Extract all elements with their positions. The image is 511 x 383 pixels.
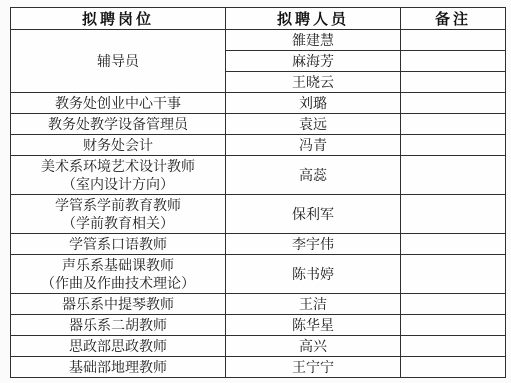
- position-cell: 器乐系二胡教师: [11, 315, 226, 336]
- person-cell: 保利军: [226, 195, 401, 234]
- position-cell: 教务处创业中心干事: [11, 93, 226, 114]
- table-row: 美术系环境艺术设计教师 （室内设计方向） 高蕊: [11, 156, 506, 195]
- table-row: 教务处创业中心干事 刘璐: [11, 93, 506, 114]
- remark-cell: [401, 135, 506, 156]
- remark-cell: [401, 51, 506, 72]
- person-cell: 高兴: [226, 336, 401, 357]
- position-cell: 声乐系基础课教师 （作曲及作曲技术理论）: [11, 255, 226, 294]
- position-cell: 学管系学前教育教师 （学前教育相关）: [11, 195, 226, 234]
- column-header-position: 拟聘岗位: [11, 8, 226, 30]
- table-row: 学管系口语教师 李宇伟: [11, 234, 506, 255]
- table-row: 思政部思政教师 高兴: [11, 336, 506, 357]
- column-header-person: 拟聘人员: [226, 8, 401, 30]
- position-cell: 学管系口语教师: [11, 234, 226, 255]
- person-cell: 雒建慧: [226, 30, 401, 51]
- position-cell: 器乐系中提琴教师: [11, 294, 226, 315]
- remark-cell: [401, 114, 506, 135]
- remark-cell: [401, 294, 506, 315]
- person-cell: 陈书婷: [226, 255, 401, 294]
- remark-cell: [401, 156, 506, 195]
- remark-cell: [401, 195, 506, 234]
- remark-cell: [401, 357, 506, 378]
- table-row: 教务处教学设备管理员 袁远: [11, 114, 506, 135]
- person-cell: 高蕊: [226, 156, 401, 195]
- remark-cell: [401, 93, 506, 114]
- column-header-remark: 备注: [401, 8, 506, 30]
- table-row: 财务处会计 冯青: [11, 135, 506, 156]
- position-cell: 辅导员: [11, 30, 226, 93]
- header-row: 拟聘岗位 拟聘人员 备注: [11, 8, 506, 30]
- remark-cell: [401, 234, 506, 255]
- position-cell: 教务处教学设备管理员: [11, 114, 226, 135]
- person-cell: 王宁宁: [226, 357, 401, 378]
- recruitment-table: 拟聘岗位 拟聘人员 备注 辅导员 雒建慧 麻海芳 王晓云 教务处创业中心干事 刘…: [10, 7, 506, 378]
- position-cell: 美术系环境艺术设计教师 （室内设计方向）: [11, 156, 226, 195]
- person-cell: 刘璐: [226, 93, 401, 114]
- position-cell: 财务处会计: [11, 135, 226, 156]
- table-row: 声乐系基础课教师 （作曲及作曲技术理论） 陈书婷: [11, 255, 506, 294]
- position-cell: 思政部思政教师: [11, 336, 226, 357]
- table-row: 辅导员 雒建慧: [11, 30, 506, 51]
- table-row: 器乐系中提琴教师 王洁: [11, 294, 506, 315]
- page: 拟聘岗位 拟聘人员 备注 辅导员 雒建慧 麻海芳 王晓云 教务处创业中心干事 刘…: [0, 0, 511, 383]
- remark-cell: [401, 72, 506, 93]
- remark-cell: [401, 255, 506, 294]
- person-cell: 王晓云: [226, 72, 401, 93]
- remark-cell: [401, 336, 506, 357]
- position-cell: 基础部地理教师: [11, 357, 226, 378]
- person-cell: 冯青: [226, 135, 401, 156]
- table-row: 器乐系二胡教师 陈华星: [11, 315, 506, 336]
- person-cell: 李宇伟: [226, 234, 401, 255]
- table-row: 基础部地理教师 王宁宁: [11, 357, 506, 378]
- person-cell: 王洁: [226, 294, 401, 315]
- person-cell: 麻海芳: [226, 51, 401, 72]
- table-row: 学管系学前教育教师 （学前教育相关） 保利军: [11, 195, 506, 234]
- person-cell: 袁远: [226, 114, 401, 135]
- remark-cell: [401, 315, 506, 336]
- remark-cell: [401, 30, 506, 51]
- person-cell: 陈华星: [226, 315, 401, 336]
